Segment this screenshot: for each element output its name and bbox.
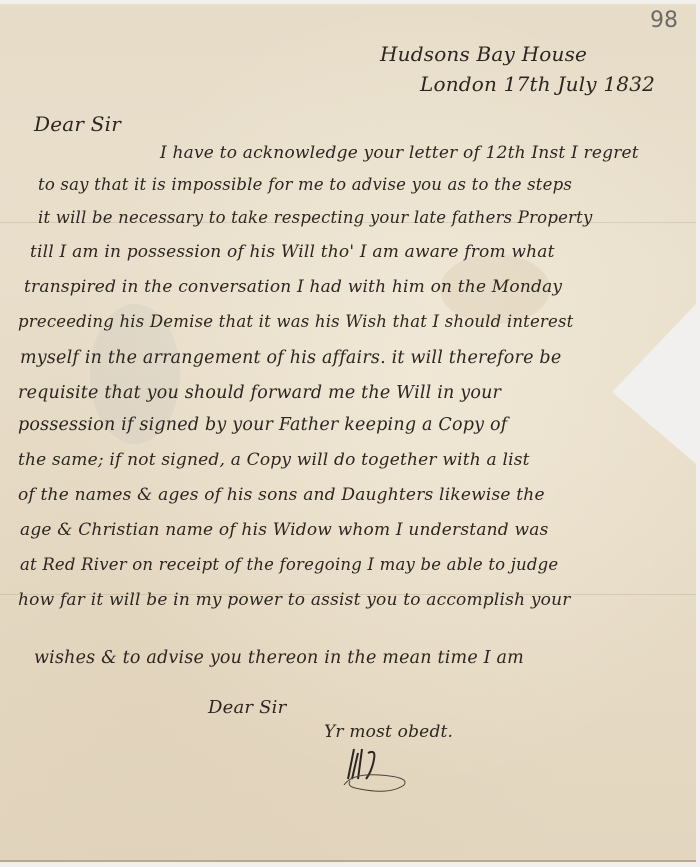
body-line: at Red River on receipt of the foregoing… [20,555,558,574]
body-line: it will be necessary to take respecting … [38,208,593,227]
body-line: of the names & ages of his sons and Daug… [18,485,545,505]
closing-salutation: Dear Sir [208,697,286,718]
folio-number: 98 [650,8,678,33]
body-line: wishes & to advise you thereon in the me… [34,648,524,668]
valediction: Yr most obedt. [324,722,453,742]
body-line: the same; if not signed, a Copy will do … [18,450,530,470]
body-line: preceeding his Demise that it was his Wi… [18,312,574,331]
signature-flourish-icon [340,745,430,795]
body-line: to say that it is impossible for me to a… [38,175,572,194]
body-line: how far it will be in my power to assist… [18,590,571,610]
body-line: myself in the arrangement of his affairs… [20,348,561,368]
body-line: till I am in possession of his Will tho'… [30,242,555,262]
letter-dateline: London 17th July 1832 [420,72,655,96]
body-line: possession if signed by your Father keep… [18,415,507,435]
letter-place: Hudsons Bay House [380,42,587,66]
body-line: I have to acknowledge your letter of 12t… [160,143,639,163]
body-line: age & Christian name of his Widow whom I… [20,520,549,540]
body-line: transpired in the conversation I had wit… [24,277,562,297]
body-line: requisite that you should forward me the… [18,383,501,403]
salutation: Dear Sir [34,112,121,136]
